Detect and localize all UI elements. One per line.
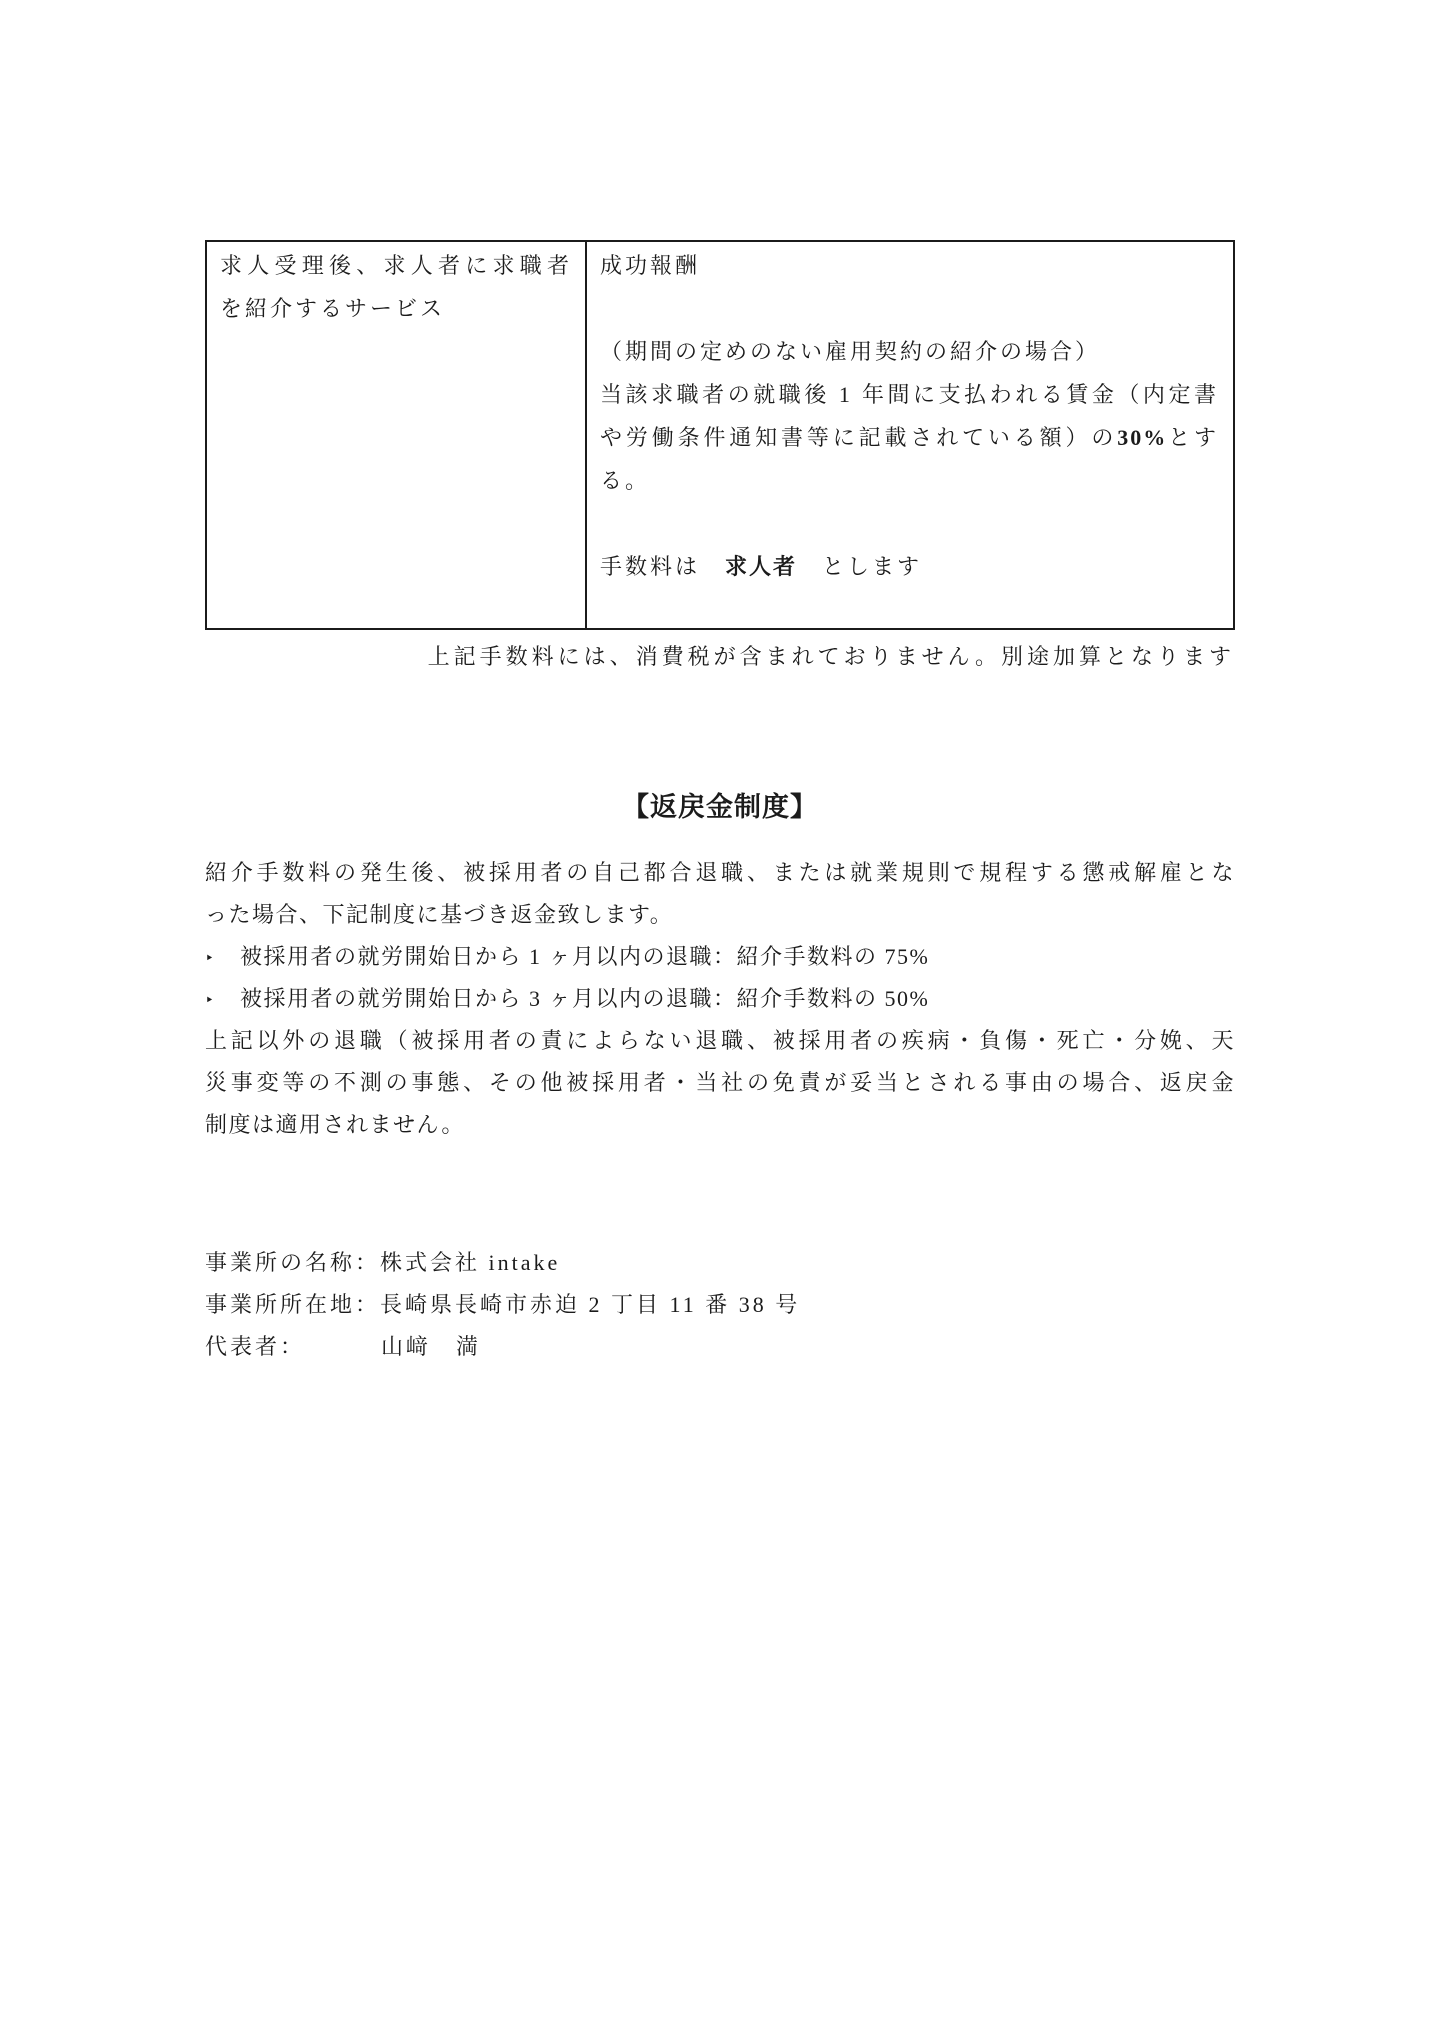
refund-intro-line-1: 紹介手数料の発生後、被採用者の自己都合退職、または就業規則で規程する懲戒解雇とな [205,852,1235,894]
company-name-value: 株式会社 intake [380,1250,560,1275]
company-address-label: 事業所所在地： [205,1292,380,1317]
fee-detail-cell: 成功報酬 （期間の定めのない雇用契約の紹介の場合） 当該求職者の就職後 1 年間… [587,242,1233,628]
refund-exception-line-1: 上記以外の退職（被採用者の責によらない退職、被採用者の疾病・負傷・死亡・分娩、天 [205,1020,1235,1062]
blank-line [600,287,1219,330]
refund-exception-line-2: 災事変等の不測の事態、その他被採用者・当社の免責が妥当とされる事由の場合、返戻金 [205,1062,1235,1104]
wage-line2-post: とす [1167,425,1219,450]
triangle-bullet-icon: ‣ [205,937,240,979]
refund-bullet-1: ‣被採用者の就労開始日から 1 ヶ月以内の退職：紹介手数料の 75% [205,936,1235,978]
company-name-label: 事業所の名称： [205,1250,380,1275]
refund-exception-line-3: 制度は適用されません。 [205,1104,1235,1146]
service-description-cell: 求人受理後、求人者に求職者 を紹介するサービス [207,242,587,628]
service-line-2: を紹介するサービス [220,287,572,330]
payer-bold: 求人者 [725,554,797,579]
document-page: 求人受理後、求人者に求職者 を紹介するサービス 成功報酬 （期間の定めのない雇用… [0,0,1440,2036]
fee-wage-line-1: 当該求職者の就職後 1 年間に支払われる賃金（内定書 [600,373,1219,416]
company-name-line: 事業所の名称：株式会社 intake [205,1242,1235,1284]
tax-note: 上記手数料には、消費税が含まれておりません。別途加算となります [205,635,1235,678]
fee-table: 求人受理後、求人者に求職者 を紹介するサービス 成功報酬 （期間の定めのない雇用… [205,240,1235,630]
refund-body: 紹介手数料の発生後、被採用者の自己都合退職、または就業規則で規程する懲戒解雇とな… [205,852,1235,1146]
wage-percentage-bold: 30% [1117,425,1167,450]
wage-line2-pre: や労働条件通知書等に記載されている額）の [600,425,1117,450]
refund-bullet-1-text: 被採用者の就労開始日から 1 ヶ月以内の退職：紹介手数料の 75% [240,944,929,969]
representative-name: 山﨑 満 [381,1334,481,1359]
refund-section-heading: 【返戻金制度】 [205,783,1235,831]
refund-bullet-2: ‣被採用者の就労開始日から 3 ヶ月以内の退職：紹介手数料の 50% [205,978,1235,1020]
company-address-line: 事業所所在地：長崎県長崎市赤迫 2 丁目 11 番 38 号 [205,1284,1235,1326]
fee-wage-line-2: や労働条件通知書等に記載されている額）の30%とす [600,416,1219,459]
company-representative-line: 代表者：山﨑 満 [205,1326,1235,1368]
refund-bullet-2-text: 被採用者の就労開始日から 3 ヶ月以内の退職：紹介手数料の 50% [240,986,929,1011]
fee-condition: （期間の定めのない雇用契約の紹介の場合） [600,330,1219,373]
company-info: 事業所の名称：株式会社 intake 事業所所在地：長崎県長崎市赤迫 2 丁目 … [205,1242,1235,1368]
representative-label: 代表者： [205,1334,305,1359]
fee-payer-line: 手数料は 求人者 とします [600,545,1219,588]
payer-post: とします [797,554,922,579]
refund-intro-line-2: った場合、下記制度に基づき返金致します。 [205,894,1235,936]
fee-title: 成功報酬 [600,244,1219,287]
fee-wage-line-3: る。 [600,459,1219,502]
triangle-bullet-icon: ‣ [205,979,240,1021]
company-address-value: 長崎県長崎市赤迫 2 丁目 11 番 38 号 [380,1292,800,1317]
blank-line [600,502,1219,545]
service-line-1: 求人受理後、求人者に求職者 [220,244,572,287]
payer-pre: 手数料は [600,554,725,579]
